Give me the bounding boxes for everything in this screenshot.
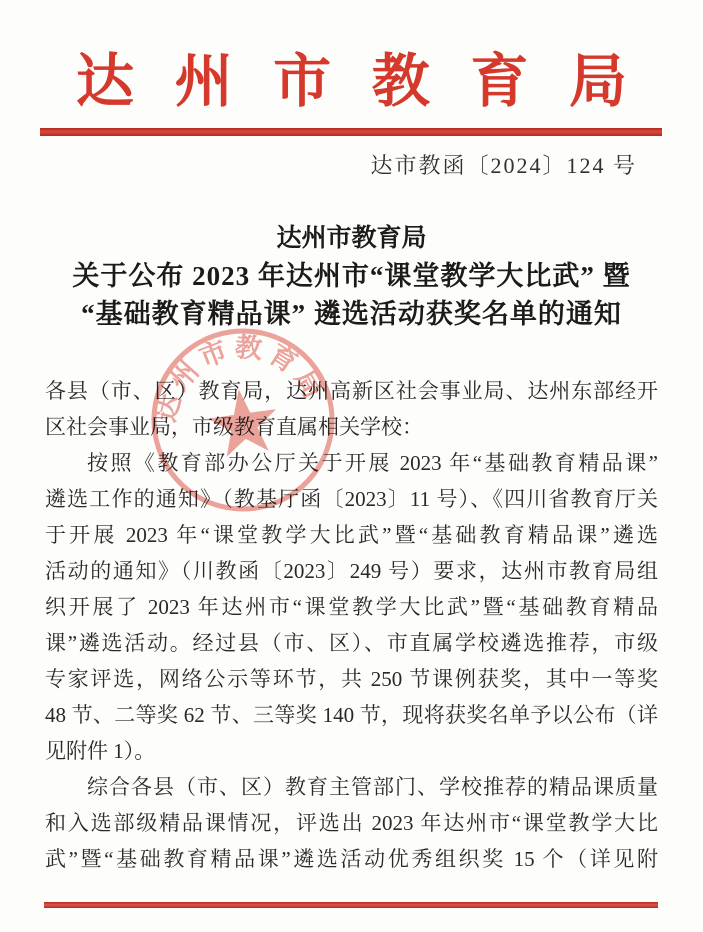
body-line: 遴选工作的通知》（教基厅函〔2023〕11 号）、《四川省教育厅关	[45, 481, 658, 517]
body-line: 区社会事业局，市级教育直属相关学校：	[45, 409, 658, 445]
footer-line	[44, 902, 658, 908]
body-line: 48 节、二等奖 62 节、三等奖 140 节，现将获奖名单予以公布（详	[45, 697, 658, 733]
body-line: 织开展了 2023 年达州市“课堂教学大比武”暨“基础教育精品	[45, 589, 658, 625]
body-line: 武”暨“基础教育精品课”遴选活动优秀组织奖 15 个（详见附	[45, 841, 658, 877]
body-line: 专家评选，网络公示等环节，共 250 节课例获奖，其中一等奖	[45, 661, 658, 697]
body-line: 按照《教育部办公厅关于开展 2023 年“基础教育精品课”	[45, 445, 658, 481]
notice-title-line-2: 关于公布 2023 年达州市“课堂教学大比武” 暨	[0, 257, 703, 295]
notice-body: 各县（市、区）教育局，达州高新区社会事业局、达州东部经开 区社会事业局，市级教育…	[45, 373, 658, 877]
body-line: 课”遴选活动。经过县（市、区）、市直属学校遴选推荐，市级	[45, 625, 658, 661]
body-line: 各县（市、区）教育局，达州高新区社会事业局、达州东部经开	[45, 373, 658, 409]
body-line: 综合各县（市、区）教育主管部门、学校推荐的精品课质量	[45, 769, 658, 805]
body-line: 于开展 2023 年“课堂教学大比武”暨“基础教育精品课”遴选	[45, 517, 658, 553]
notice-title-line-3: “基础教育精品课” 遴选活动获奖名单的通知	[0, 295, 703, 333]
doc-number: 达市教函〔2024〕124 号	[0, 153, 703, 179]
notice-title: 达州市教育局 关于公布 2023 年达州市“课堂教学大比武” 暨 “基础教育精品…	[0, 221, 703, 333]
body-line: 和入选部级精品课情况，评选出 2023 年达州市“课堂教学大比	[45, 805, 658, 841]
body-line: 见附件 1）。	[45, 733, 658, 769]
notice-title-line-1: 达州市教育局	[0, 221, 703, 257]
body-line: 活动的通知》（川教函〔2023〕249 号）要求，达州市教育局组	[45, 553, 658, 589]
document-page: 达州市教育局 达市教函〔2024〕124 号 达州市教育局 关于公布 2023 …	[0, 0, 703, 932]
agency-letterhead-title: 达州市教育局	[0, 42, 703, 122]
header-separator-line	[40, 128, 662, 136]
